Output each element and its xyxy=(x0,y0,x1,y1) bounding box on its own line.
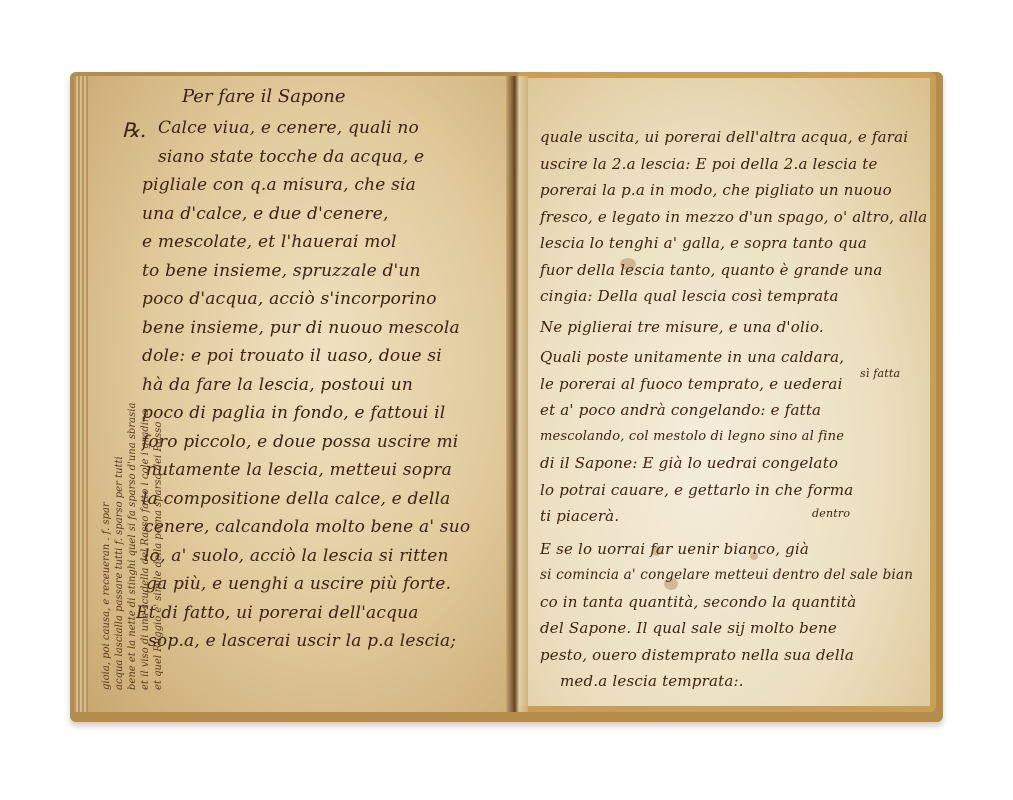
text-line: poco di paglia in fondo, e fattoui il xyxy=(142,399,470,428)
text-line: poco d'acqua, acciò s'incorporino xyxy=(142,285,470,314)
text-line: med.a lescia temprata:. xyxy=(560,668,927,695)
text-line: cenere, calcandola molto bene a' suo xyxy=(144,513,470,542)
text-line: si comincia a' congelare metteui dentro … xyxy=(540,562,927,589)
right-page-text: quale uscita, ui porerai dell'altra acqu… xyxy=(540,124,927,695)
text-line: porerai la p.a in modo, che pigliato un … xyxy=(540,177,927,204)
margin-note: bene et la nette di stinghi quel si fa s… xyxy=(126,170,139,690)
text-line: sop.a, e lascerai uscir la p.a lescia; xyxy=(148,627,470,656)
text-line: di il Sapone: E già lo uedrai congelato xyxy=(540,450,927,477)
interlinear-insert: dentro xyxy=(812,508,850,520)
text-line: e mescolate, et l'hauerai mol xyxy=(142,228,470,257)
left-page-text: Calce viua, e cenere, quali no siano sta… xyxy=(158,114,470,656)
text-line: et a' poco andrà congelando: e fatta xyxy=(540,397,927,424)
interlinear-insert: sì fatta xyxy=(860,368,900,380)
text-line: co in tanta quantità, secondo la quantit… xyxy=(540,589,927,616)
margin-notes: gioia, poi causa, e receueran . f. spar … xyxy=(100,170,180,690)
text-line: mescolando, col mestolo di legno sino al… xyxy=(540,424,927,451)
text-line: hà da fare la lescia, postoui un xyxy=(142,371,470,400)
text-line: lescia lo tenghi a' galla, e sopra tanto… xyxy=(540,230,927,257)
text-line: siano state tocche da acqua, e xyxy=(158,143,470,172)
text-line: cingia: Della qual lescia così temprata xyxy=(540,283,927,310)
text-line: lo potrai cauare, e gettarlo in che form… xyxy=(540,477,927,504)
text-line: una d'calce, e due d'cenere, xyxy=(142,200,470,229)
recipe-rx-mark: ℞. xyxy=(122,118,146,142)
text-line: Ne piglierai tre misure, e una d'olio. xyxy=(540,314,927,341)
book-gutter xyxy=(506,76,528,712)
text-line: ga più, e uenghi a uscire più forte. xyxy=(146,570,470,599)
text-line: foro piccolo, e doue possa uscire mi xyxy=(142,428,470,457)
text-line: pigliale con q.a misura, che sia xyxy=(142,171,470,200)
text-line: pesto, ouero distemprato nella sua della xyxy=(540,642,927,669)
text-line: fresco, e legato in mezzo d'un spago, o'… xyxy=(540,204,927,231)
text-line: Calce viua, e cenere, quali no xyxy=(158,114,470,143)
text-line: nutamente la lescia, metteui sopra xyxy=(146,456,470,485)
text-line: quale uscita, ui porerai dell'altra acqu… xyxy=(540,124,927,151)
text-line: bene insieme, pur di nuouo mescola xyxy=(142,314,470,343)
margin-note: gioia, poi causa, e receueran . f. spar xyxy=(100,170,113,690)
text-line: lo, a' suolo, acciò la lescia si ritten xyxy=(144,542,470,571)
text-line: Et di fatto, ui porerai dell'acqua xyxy=(136,599,470,628)
margin-note: acqua lascialla passare tutti f. sparso … xyxy=(113,170,126,690)
text-line: fuor della lescia tanto, quanto è grande… xyxy=(540,257,927,284)
text-line: to bene insieme, spruzzale d'un xyxy=(142,257,470,286)
text-line: dole: e poi trouato il uaso, doue si xyxy=(142,342,470,371)
text-line: ti piacerà. xyxy=(540,503,927,530)
text-line: la compositione della calce, e della xyxy=(142,485,470,514)
margin-note: et il viso di una scudella del Rasso fat… xyxy=(139,170,152,690)
margin-note: et quel Ruggio e' simile della perna spa… xyxy=(152,170,165,690)
text-line: uscire la 2.a lescia: E poi della 2.a le… xyxy=(540,151,927,178)
text-line: E se lo uorrai far uenir bianco, già xyxy=(540,536,927,563)
recipe-title: Per fare il Sapone xyxy=(182,86,346,107)
text-line: del Sapone. Il qual sale sij molto bene xyxy=(540,615,927,642)
